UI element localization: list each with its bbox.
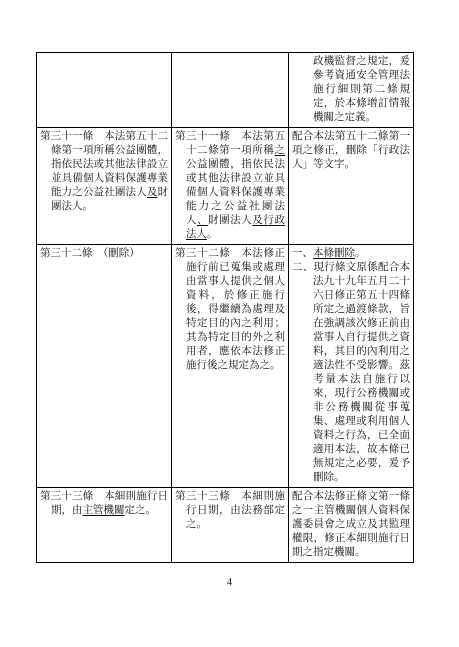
comparison-table-body: 政機監督之規定，爰參考資通安全管理法施行細則第二條規定，於本條增訂情報機關之定義… (37, 53, 414, 563)
text-segment: 第三十三條 本細則施行日期，由法務部定之。 (175, 491, 285, 530)
table-cell: 第三十一條 本法第五十二條第一項所稱之公益團體，指依民法或其他法律設立並具備個人… (172, 128, 289, 245)
text-segment: 。 (207, 229, 218, 240)
paragraph: 一、本條刪除。 (292, 247, 410, 261)
table-row: 政機監督之規定，爰參考資通安全管理法施行細則第二條規定，於本條增訂情報機關之定義… (37, 53, 414, 128)
table-cell: 配合本法第五十二條第一項之修正，刪除「行政法人」等文字。 (289, 128, 414, 245)
underlined-text: 本條刪除 (313, 248, 355, 259)
table-cell: 一、本條刪除。二、現行條文原係配合本法九十九年五月二十六日修正第五十四條所定之過… (289, 245, 414, 488)
text-segment: 政機監督之規定，爰參考資通安全管理法施行細則第二條規定，於本條增訂情報機關之定義… (313, 56, 410, 123)
table-cell (172, 53, 289, 128)
table-cell: 第三十二條 本法修正施行前已蒐集或處理由當事人提供之個人資料，於修正施行後，得繼… (172, 245, 289, 488)
text-segment: 配合本法修正條文第一條之一主管機關個人資料保護委員會之成立及其監理權限，修正本細… (292, 491, 410, 558)
paragraph: 第三十三條 本細則施行日期，由主管機關定之。 (40, 490, 168, 518)
paragraph: 配合本法第五十二條第一項之修正，刪除「行政法人」等文字。 (292, 130, 410, 172)
underlined-text: 主管機關 (83, 505, 125, 516)
table-row: 第三十一條 本法第五十二條第一項所稱公益團體，指依民法或其他法律設立並具備個人資… (37, 128, 414, 245)
text-segment: 二、現行條文原係配合本法九十九年五月二十六日修正第五十四條所定之過渡條款，旨在強… (292, 262, 410, 483)
table-cell: 配合本法修正條文第一條之一主管機關個人資料保護委員會之成立及其監理權限，修正本細… (289, 488, 414, 563)
paragraph: 第三十二條 （刪除） (40, 247, 168, 261)
table-cell: 第三十一條 本法第五十二條第一項所稱公益團體，指依民法或其他法律設立並具備個人資… (37, 128, 172, 245)
text-segment: 定之。 (125, 505, 157, 516)
text-segment: 配合本法第五十二條第一項之修正，刪除「行政法人」等文字。 (292, 131, 410, 170)
table-cell: 政機監督之規定，爰參考資通安全管理法施行細則第二條規定，於本條增訂情報機關之定義… (289, 53, 414, 128)
text-segment: 財團法人 (208, 215, 252, 226)
underlined-text: 及 (147, 187, 158, 198)
law-comparison-table: 政機監督之規定，爰參考資通安全管理法施行細則第二條規定，於本條增訂情報機關之定義… (36, 52, 414, 563)
table-cell: 第三十三條 本細則施行日期，由主管機關定之。 (37, 488, 172, 563)
paragraph: 第三十一條 本法第五十二條第一項所稱之公益團體，指依民法或其他法律設立並具備個人… (175, 130, 285, 242)
paragraph: 第三十一條 本法第五十二條第一項所稱公益團體，指依民法或其他法律設立並具備個人資… (40, 130, 168, 214)
table-row: 第三十三條 本細則施行日期，由主管機關定之。第三十三條 本細則施行日期，由法務部… (37, 488, 414, 563)
text-segment: 第三十二條 （刪除） (40, 248, 140, 259)
document-page: 政機監督之規定，爰參考資通安全管理法施行細則第二條規定，於本條增訂情報機關之定義… (0, 0, 459, 647)
table-cell: 第三十二條 （刪除） (37, 245, 172, 488)
paragraph: 政機監督之規定，爰參考資通安全管理法施行細則第二條規定，於本條增訂情報機關之定義… (292, 55, 410, 125)
paragraph: 配合本法修正條文第一條之一主管機關個人資料保護委員會之成立及其監理權限，修正本細… (292, 490, 410, 560)
table-row: 第三十二條 （刪除）第三十二條 本法修正施行前已蒐集或處理由當事人提供之個人資料… (37, 245, 414, 488)
table-cell: 第三十三條 本細則施行日期，由法務部定之。 (172, 488, 289, 563)
page-number: 4 (0, 577, 459, 588)
paragraph: 第三十三條 本細則施行日期，由法務部定之。 (175, 490, 285, 532)
paragraph: 第三十二條 本法修正施行前已蒐集或處理由當事人提供之個人資料，於修正施行後，得繼… (175, 247, 285, 373)
paragraph: 二、現行條文原係配合本法九十九年五月二十六日修正第五十四條所定之過渡條款，旨在強… (292, 261, 410, 485)
table-cell (37, 53, 172, 128)
text-segment: 第三十二條 本法修正施行前已蒐集或處理由當事人提供之個人資料，於修正施行後，得繼… (175, 248, 285, 371)
underlined-text: 、 (197, 215, 208, 226)
text-segment: 。 (355, 248, 366, 259)
text-segment: 第三十一條 本法第五十二條第一項所稱 (175, 131, 285, 156)
underlined-text: 之 (275, 145, 286, 156)
text-segment: 一、 (292, 248, 313, 259)
